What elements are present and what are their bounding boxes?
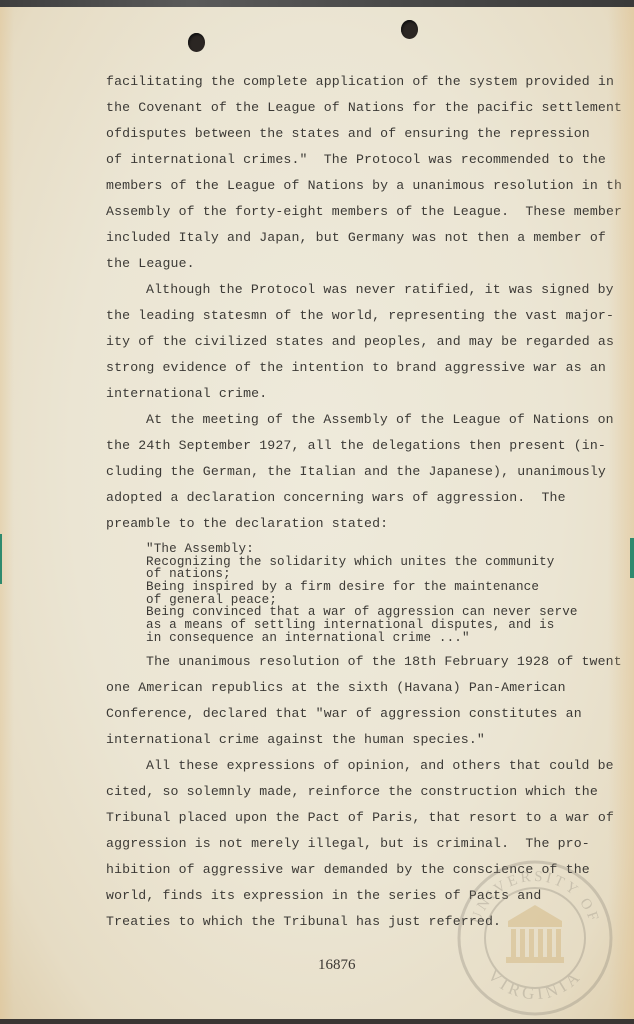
typewritten-body: facilitating the complete application of… (106, 69, 616, 935)
text-line: preamble to the declaration stated: (106, 511, 616, 537)
text-line: the Covenant of the League of Nations fo… (106, 95, 616, 121)
text-line: international crime against the human sp… (106, 727, 616, 753)
university-seal-watermark: UNIVERSITY OF VIRGINIA (456, 859, 614, 1017)
text-line: Conference, declared that "war of aggres… (106, 701, 616, 727)
text-line: of international crimes." The Protocol w… (106, 147, 616, 173)
text-line: members of the League of Nations by a un… (106, 173, 616, 199)
quote-line: as a means of settling international dis… (146, 619, 616, 632)
text-line: cluding the German, the Italian and the … (106, 459, 616, 485)
svg-text:VIRGINIA: VIRGINIA (484, 966, 586, 1004)
text-line: facilitating the complete application of… (106, 69, 616, 95)
scanner-bottom-edge (0, 1019, 634, 1024)
text-line: international crime. (106, 381, 616, 407)
text-line: the League. (106, 251, 616, 277)
text-line: Tribunal placed upon the Pact of Paris, … (106, 805, 616, 831)
quote-line: in consequence an international crime ..… (146, 632, 616, 645)
body-text-before-quote: facilitating the complete application of… (106, 69, 616, 537)
text-line: included Italy and Japan, but Germany wa… (106, 225, 616, 251)
text-line: the 24th September 1927, all the delegat… (106, 433, 616, 459)
text-line: Assembly of the forty-eight members of t… (106, 199, 616, 225)
punch-hole-right (401, 20, 418, 39)
quote-line: Being inspired by a firm desire for the … (146, 581, 616, 594)
text-line: adopted a declaration concerning wars of… (106, 485, 616, 511)
text-line: cited, so solemnly made, reinforce the c… (106, 779, 616, 805)
text-line: one American republics at the sixth (Hav… (106, 675, 616, 701)
document-page: facilitating the complete application of… (0, 7, 634, 1019)
page-number: 16876 (318, 957, 356, 974)
text-line: All these expressions of opinion, and ot… (106, 753, 616, 779)
text-line: ofdisputes between the states and of ens… (106, 121, 616, 147)
text-line: the leading statesmn of the world, repre… (106, 303, 616, 329)
rotunda-seal-icon: UNIVERSITY OF VIRGINIA (456, 859, 614, 1017)
text-line: The unanimous resolution of the 18th Feb… (106, 649, 616, 675)
text-line: aggression is not merely illegal, but is… (106, 831, 616, 857)
quote-line: "The Assembly: (146, 543, 616, 556)
block-quote: "The Assembly:Recognizing the solidarity… (146, 543, 616, 645)
text-line: Although the Protocol was never ratified… (106, 277, 616, 303)
text-line: At the meeting of the Assembly of the Le… (106, 407, 616, 433)
text-line: strong evidence of the intention to bran… (106, 355, 616, 381)
right-edge-tab (630, 538, 634, 578)
punch-hole-left (188, 33, 205, 52)
left-edge-tab (0, 534, 2, 584)
text-line: ity of the civilized states and peoples,… (106, 329, 616, 355)
